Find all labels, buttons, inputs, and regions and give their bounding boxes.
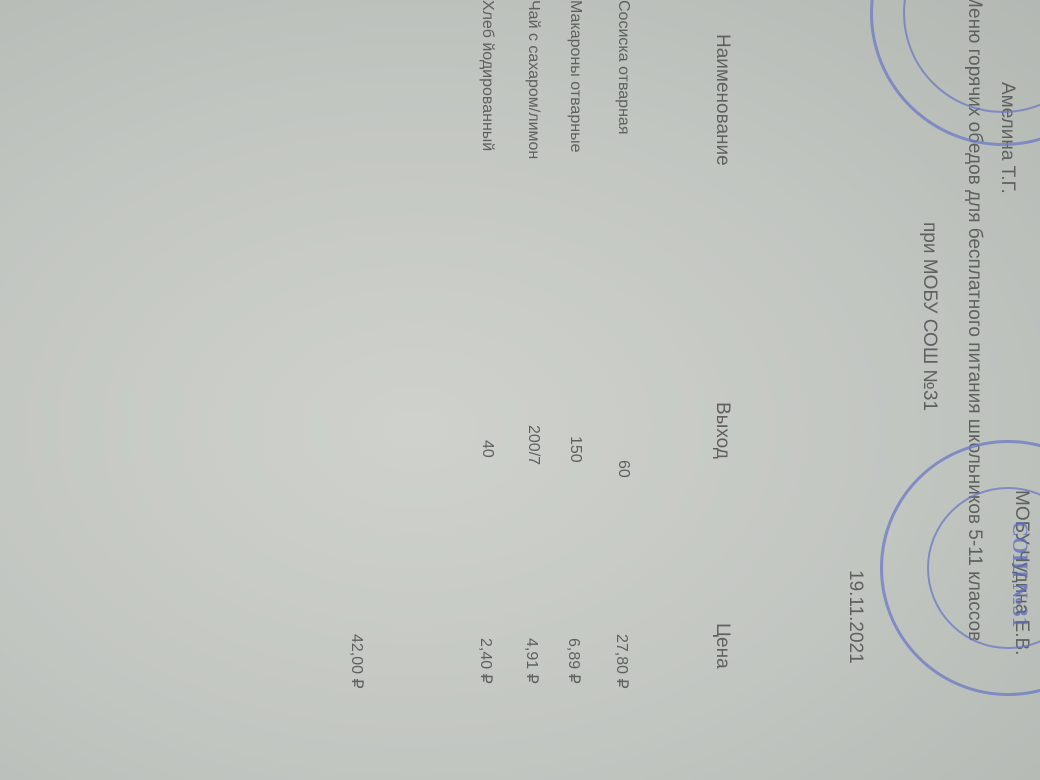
row-price: 27,80 ₽ bbox=[612, 634, 632, 689]
column-header-price: Цена bbox=[711, 623, 733, 669]
document-subtitle: при МОБУ СОШ №31 bbox=[918, 222, 940, 411]
row-price: 4,91 ₽ bbox=[522, 638, 542, 684]
row-yield: 40 bbox=[478, 440, 496, 458]
row-yield: 60 bbox=[614, 460, 632, 478]
column-header-yield: Выход bbox=[711, 402, 733, 459]
row-price: 6,89 ₽ bbox=[564, 638, 584, 684]
stamp-right: СОШ №31 bbox=[880, 440, 1040, 696]
row-name: Чай с сахаром/лимон bbox=[524, 0, 542, 159]
row-name: Макароны отварные bbox=[566, 0, 584, 152]
row-name: Хлеб йодированный bbox=[478, 0, 496, 151]
row-price: 2,40 ₽ bbox=[476, 638, 496, 684]
document-date: 19.11.2021 bbox=[844, 570, 866, 664]
column-header-name: Наименование bbox=[711, 34, 733, 166]
row-yield: 150 bbox=[566, 436, 584, 463]
row-name: Сосиска отварная bbox=[614, 0, 632, 134]
stamp-right-text: СОШ №31 bbox=[1007, 521, 1033, 628]
row-yield: 200/7 bbox=[524, 425, 542, 465]
total-price: 42,00 ₽ bbox=[347, 634, 367, 689]
stamp-left bbox=[870, 0, 1040, 146]
